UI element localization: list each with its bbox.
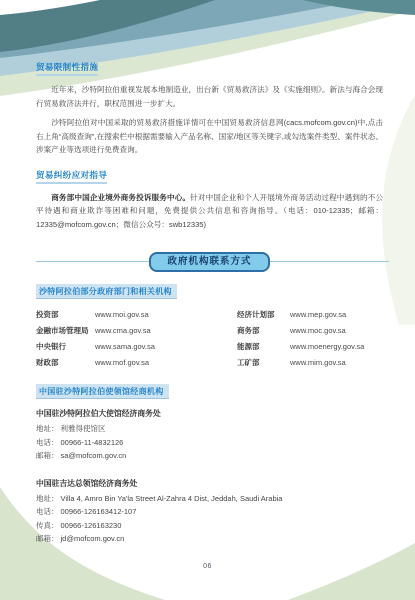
address-label: 地址：: [36, 424, 59, 433]
phone-label: 电话：: [36, 438, 59, 447]
office-address-line: 地址：利雅得使馆区: [36, 422, 383, 436]
phone-value: 00966-11-4832126: [61, 438, 124, 447]
trade-restrictions-paragraph-1: 近年来，沙特阿拉伯重视发展本地制造业，出台新《贸易救济法》及《实施细则》。新法与…: [36, 83, 383, 110]
page-number: 06: [0, 563, 415, 570]
trade-restrictions-paragraph-2: 沙特阿拉伯对中国采取的贸易救济措施详情可在中国贸易救济信息网(cacs.mofc…: [36, 116, 383, 157]
gov-contacts-divider: 政府机构联系方式: [36, 251, 383, 271]
fax-label: 传真：: [36, 521, 59, 530]
phone-label: 电话：: [36, 507, 59, 516]
office-address-line: 地址：Villa 4, Amro Bin Ya'la Street Al-Zah…: [36, 492, 383, 506]
dispute-guidance-paragraph: 商务部中国企业境外商务投诉服务中心。针对中国企业和个人开展境外商务活动过程中遇到…: [36, 191, 383, 232]
agency-url: www.mim.gov.sa: [290, 355, 383, 371]
embassy-office-block: 中国驻沙特阿拉伯大使馆经济商务处 地址：利雅得使馆区 电话：00966-11-4…: [36, 407, 383, 463]
office-name: 中国驻沙特阿拉伯大使馆经济商务处: [36, 407, 383, 421]
agency-url: www.mof.gov.sa: [95, 355, 237, 371]
agency-url: www.cma.gov.sa: [95, 323, 237, 339]
office-name: 中国驻吉达总领馆经济商务处: [36, 477, 383, 491]
agency-url: www.moc.gov.sa: [290, 323, 383, 339]
document-page: 贸易限制性措施 近年来，沙特阿拉伯重视发展本地制造业，出台新《贸易救济法》及《实…: [0, 0, 415, 600]
agency-table: 投资部 www.moi.gov.sa 经济计划部 www.mep.gov.sa …: [36, 307, 383, 371]
section-trade-restrictions: 贸易限制性措施 近年来，沙特阿拉伯重视发展本地制造业，出台新《贸易救济法》及《实…: [36, 57, 383, 157]
office-email-line: 邮箱：sa@mofcom.gov.cn: [36, 449, 383, 463]
agency-name: 能源部: [237, 339, 290, 355]
chinese-missions-header: 中国驻沙特阿拉伯使领馆经商机构: [36, 384, 169, 399]
page-content: 贸易限制性措施 近年来，沙特阿拉伯重视发展本地制造业，出台新《贸易救济法》及《实…: [36, 57, 383, 556]
email-value: jd@mofcom.gov.cn: [61, 534, 125, 543]
agency-url: www.moenergy.gov.sa: [290, 339, 383, 355]
gov-contacts-divider-label: 政府机构联系方式: [149, 252, 269, 272]
consulate-office-block: 中国驻吉达总领馆经济商务处 地址：Villa 4, Amro Bin Ya'la…: [36, 477, 383, 546]
address-label: 地址：: [36, 494, 59, 503]
phone-value: 00966-126163412-107: [61, 507, 137, 516]
agency-url: www.sama.gov.sa: [95, 339, 237, 355]
section-dispute-guidance: 贸易纠纷应对指导 商务部中国企业境外商务投诉服务中心。针对中国企业和个人开展境外…: [36, 165, 383, 232]
section-saudi-agencies: 沙特阿拉伯部分政府部门和相关机构 投资部 www.moi.gov.sa 经济计划…: [36, 281, 383, 371]
agency-name: 商务部: [237, 323, 290, 339]
address-value: Villa 4, Amro Bin Ya'la Street Al-Zahra …: [61, 494, 283, 503]
agency-name: 经济计划部: [237, 307, 290, 323]
section-chinese-missions: 中国驻沙特阿拉伯使领馆经商机构 中国驻沙特阿拉伯大使馆经济商务处 地址：利雅得使…: [36, 381, 383, 546]
email-label: 邮箱：: [36, 451, 59, 460]
agency-url: www.mep.gov.sa: [290, 307, 383, 323]
saudi-agencies-header: 沙特阿拉伯部分政府部门和相关机构: [36, 284, 177, 299]
agency-name: 财政部: [36, 355, 95, 371]
section-title-trade-restrictions: 贸易限制性措施: [36, 61, 98, 76]
agency-url: www.moi.gov.sa: [95, 307, 237, 323]
dispute-guidance-lead: 商务部中国企业境外商务投诉服务中心。: [51, 193, 190, 202]
email-value: sa@mofcom.gov.cn: [61, 451, 127, 460]
office-email-line: 邮箱：jd@mofcom.gov.cn: [36, 532, 383, 546]
agency-name: 投资部: [36, 307, 95, 323]
office-fax-line: 传真：00966-126163230: [36, 519, 383, 533]
agency-name: 金融市场管理局: [36, 323, 95, 339]
agency-name: 工矿部: [237, 355, 290, 371]
address-value: 利雅得使馆区: [61, 424, 106, 433]
agency-name: 中央银行: [36, 339, 95, 355]
office-phone-line: 电话：00966-11-4832126: [36, 436, 383, 450]
office-phone-line: 电话：00966-126163412-107: [36, 505, 383, 519]
section-title-dispute-guidance: 贸易纠纷应对指导: [36, 169, 107, 184]
email-label: 邮箱：: [36, 534, 59, 543]
fax-value: 00966-126163230: [61, 521, 122, 530]
